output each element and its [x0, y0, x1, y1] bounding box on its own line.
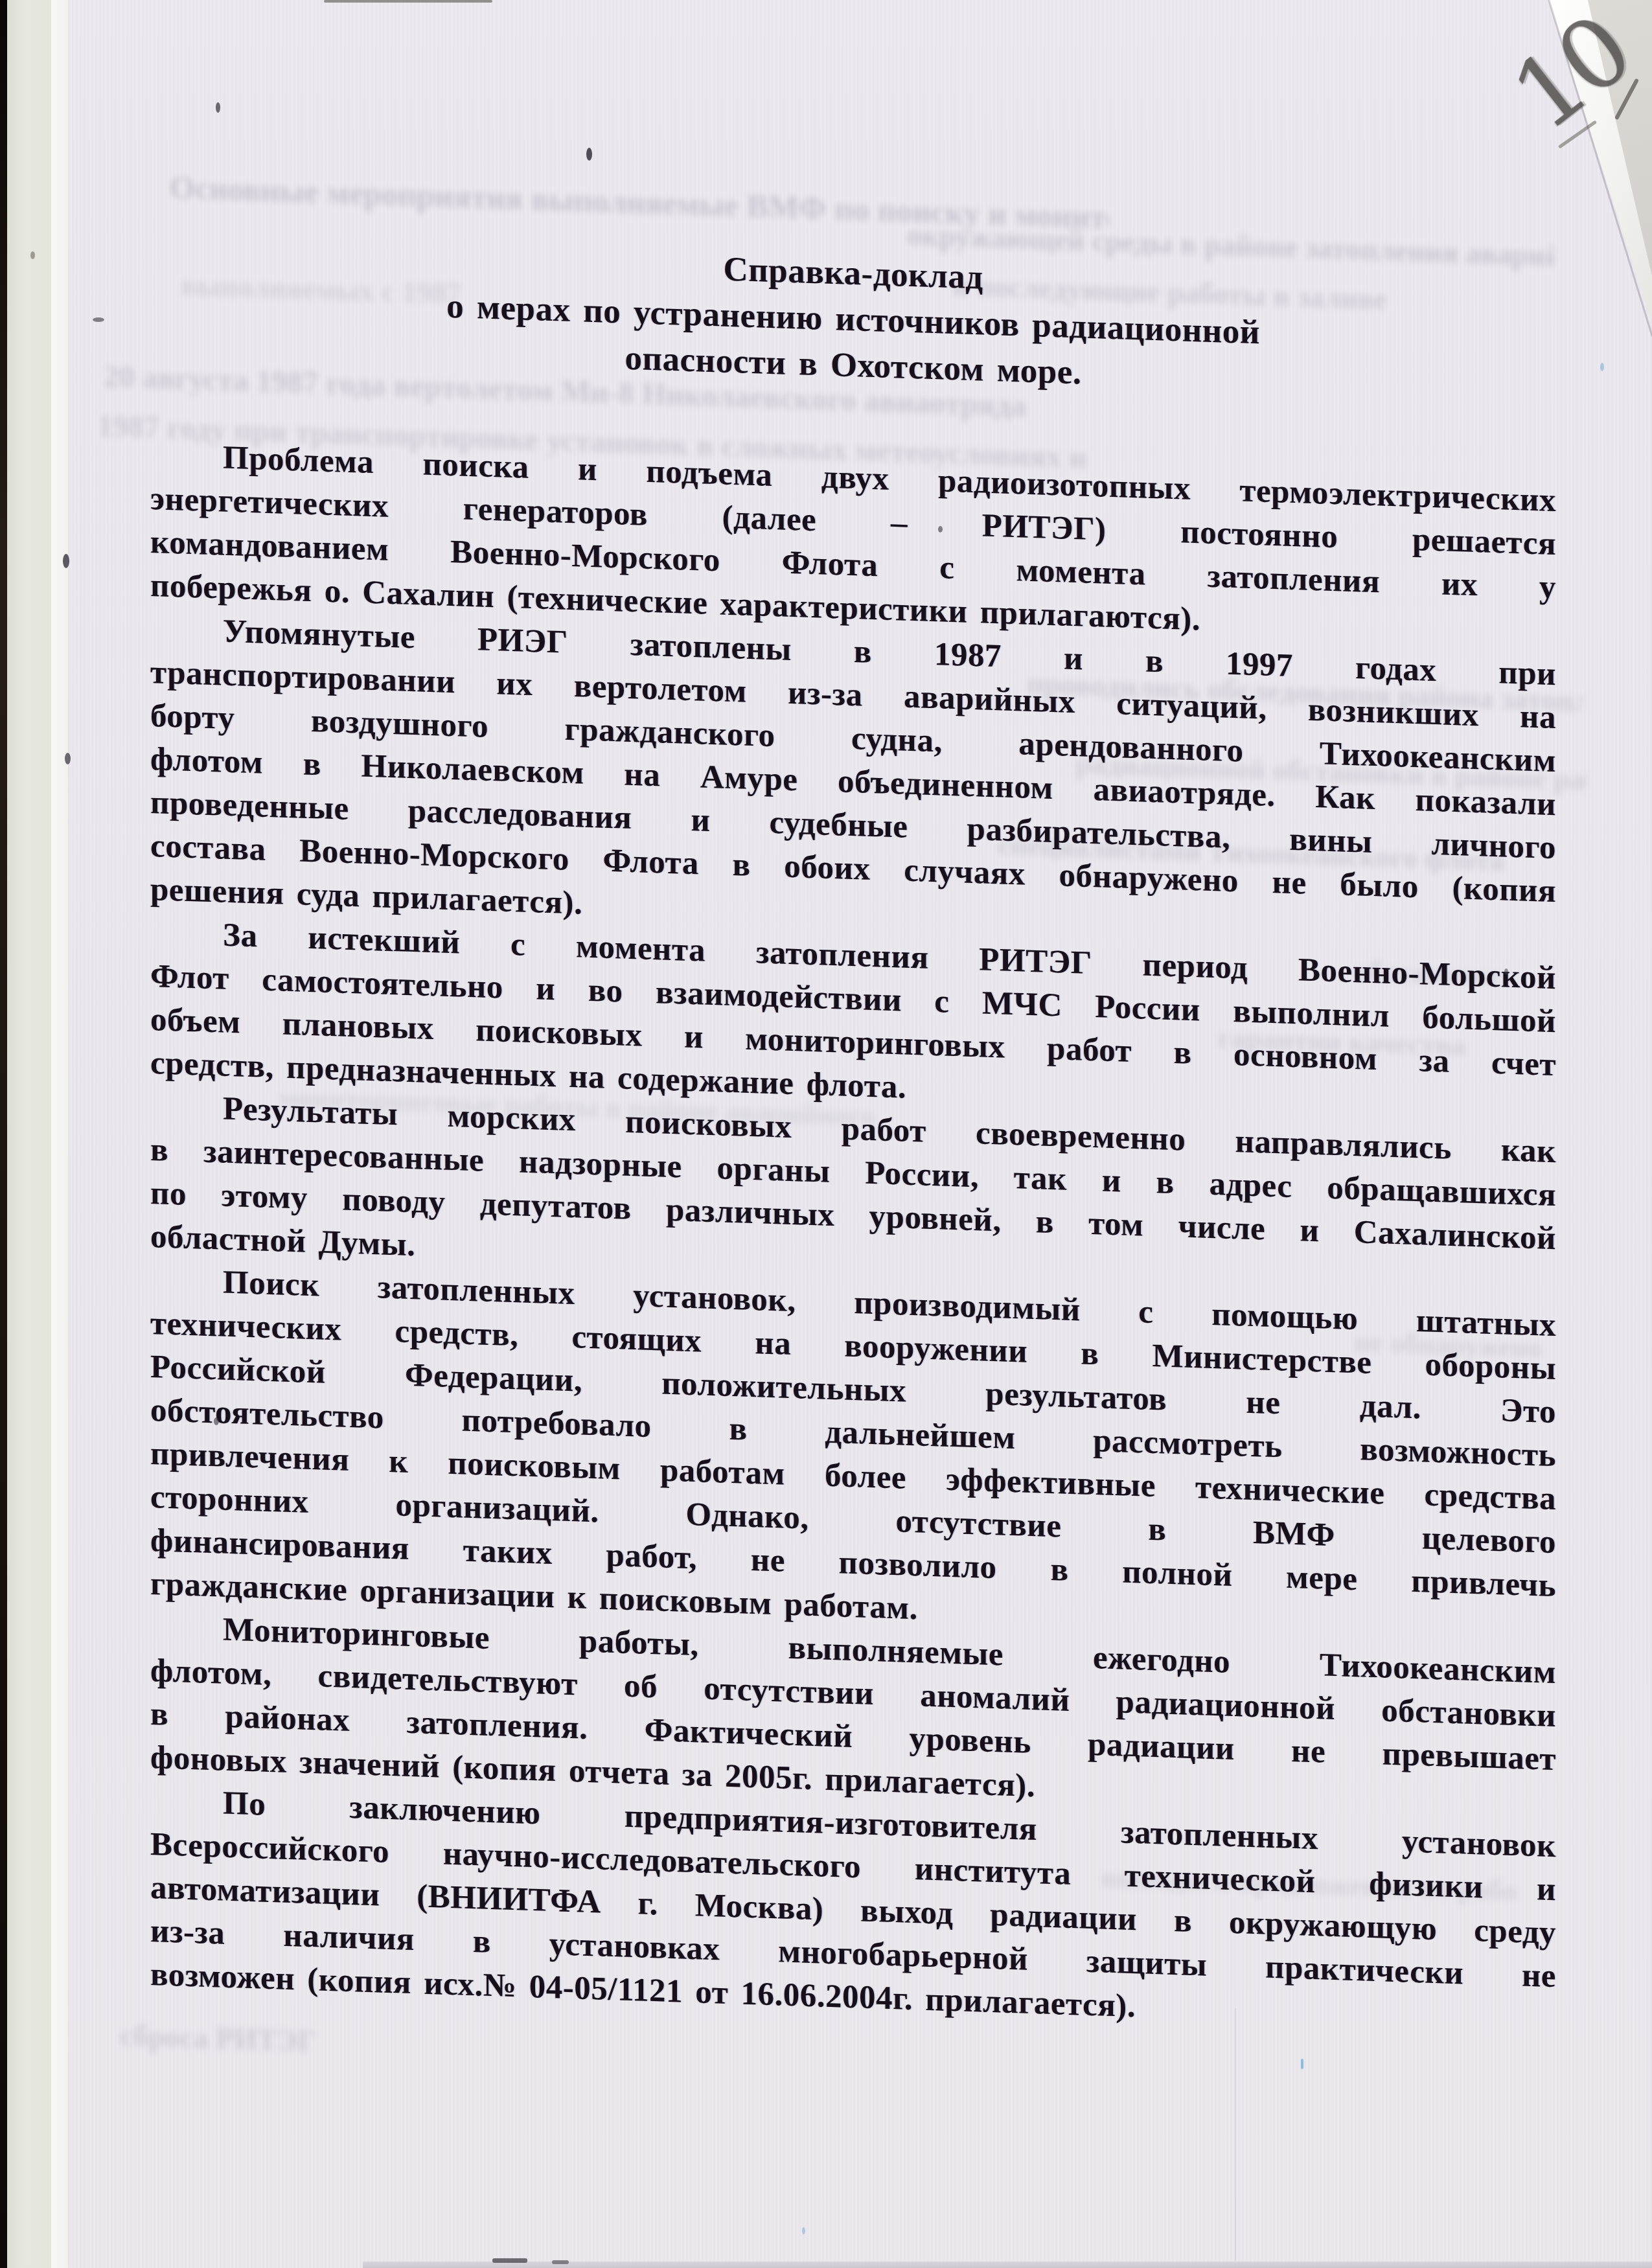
- scan-speck: [93, 317, 104, 322]
- paragraph: Поиск затопленных установок, производимы…: [150, 1259, 1556, 1651]
- scan-speck: [1235, 2008, 1236, 2261]
- document-body: Проблема поиска и подъема двух радиоизот…: [150, 434, 1556, 2042]
- scan-speck: [552, 2260, 569, 2264]
- document-content: Справка-доклад о мерах по устранению ист…: [150, 228, 1556, 2042]
- paragraph: По заключению предприятия-изготовителя з…: [150, 1780, 1556, 2042]
- scan-speck: [586, 148, 592, 161]
- scan-left-edge-highlight: [51, 0, 68, 2268]
- scanned-document-page: 10 Справка-доклад о мерах по устранению …: [0, 0, 1652, 2268]
- scan-speck: [492, 2258, 527, 2263]
- bleedthrough-text: сброса РИТЭГ: [120, 2018, 398, 2061]
- scan-speck: [1504, 968, 1508, 975]
- scan-left-edge-underpage: [7, 0, 51, 2268]
- paragraph: Упомянутые РИЭГ затоплены в 1987 и в 199…: [150, 608, 1556, 957]
- scan-speck: [65, 753, 71, 764]
- scan-speck: [324, 0, 492, 3]
- scan-speck: [63, 554, 69, 568]
- scan-speck: [30, 251, 35, 259]
- scan-speck: [216, 102, 220, 113]
- scan-speck: [214, 1417, 219, 1425]
- scan-speck: [1301, 2059, 1303, 2069]
- scan-left-edge-dark: [0, 0, 7, 2268]
- scan-speck: [938, 526, 943, 533]
- scan-speck: [802, 2227, 805, 2234]
- scan-speck: [1600, 363, 1604, 371]
